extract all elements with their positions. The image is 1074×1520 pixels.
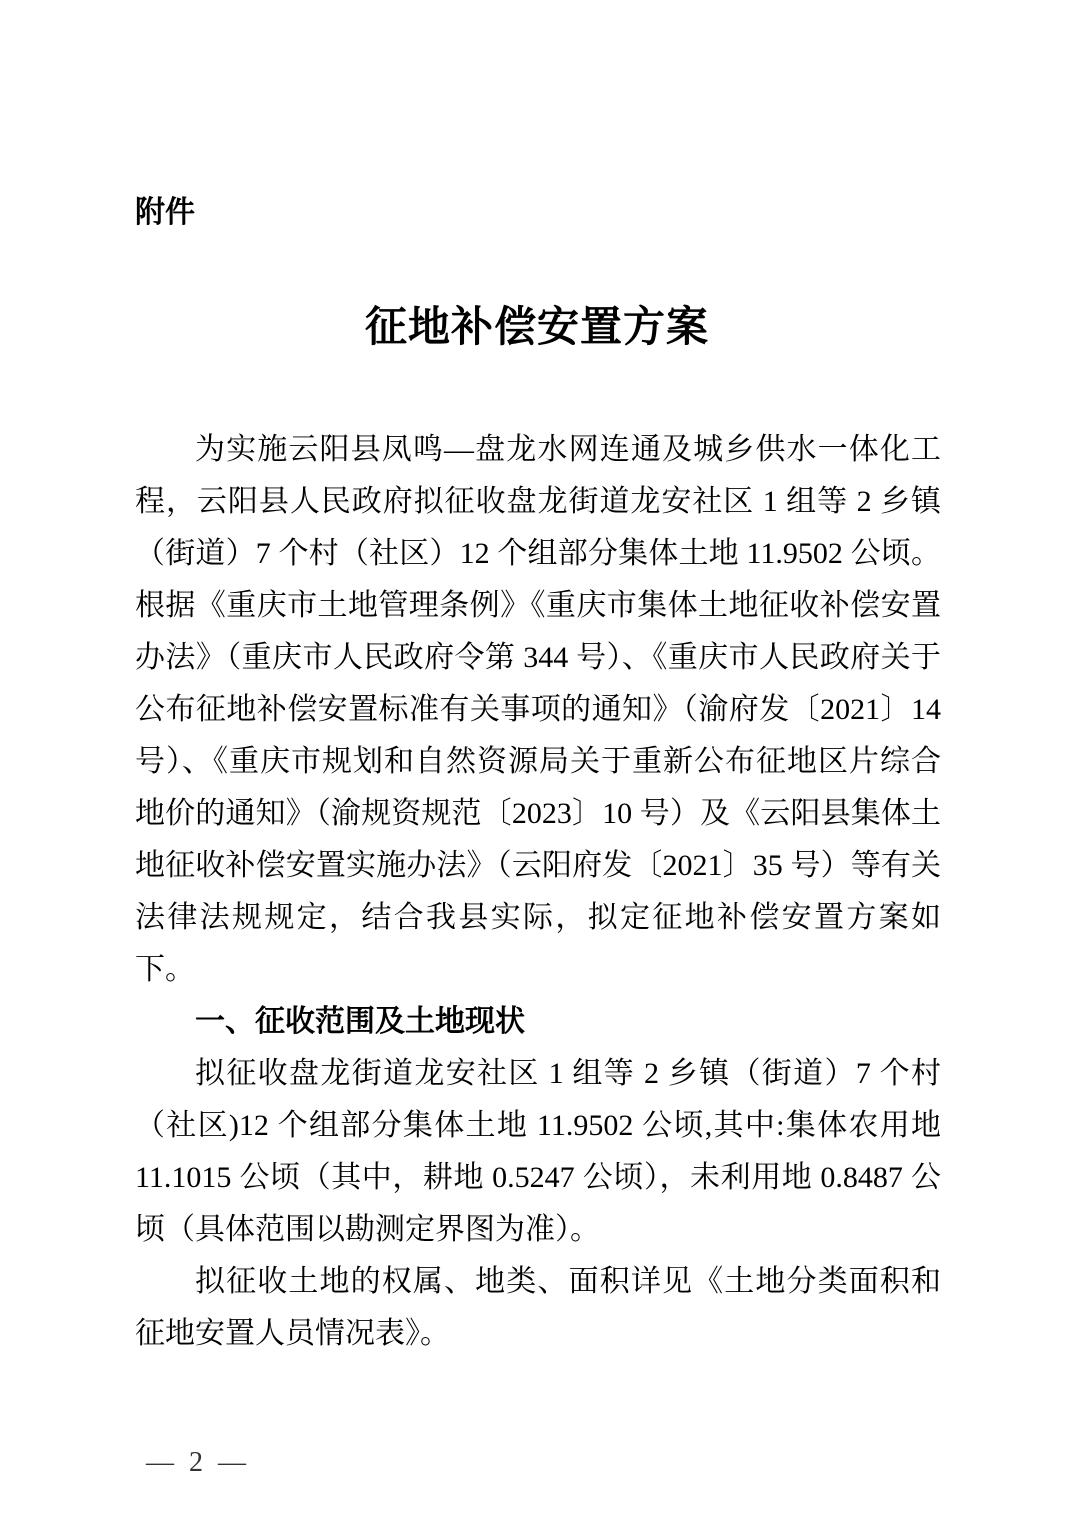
paragraph-scope: 拟征收盘龙街道龙安社区 1 组等 2 乡镇（街道）7 个村（社区)12 个组部分… [135,1048,941,1256]
document-page: 附件 征地补偿安置方案 为实施云阳县凤鸣—盘龙水网连通及城乡供水一体化工程，云阳… [0,0,1074,1520]
document-title: 征地补偿安置方案 [0,303,1074,353]
section-heading-1: 一、征收范围及土地现状 [135,996,941,1048]
page-number: — 2 — [146,1446,250,1480]
document-body: 为实施云阳县凤鸣—盘龙水网连通及城乡供水一体化工程，云阳县人民政府拟征收盘龙街道… [135,424,941,1360]
paragraph-reference-table: 拟征收土地的权属、地类、面积详见《土地分类面积和征地安置人员情况表》。 [135,1256,941,1360]
attachment-label: 附件 [135,196,195,230]
paragraph-intro: 为实施云阳县凤鸣—盘龙水网连通及城乡供水一体化工程，云阳县人民政府拟征收盘龙街道… [135,424,941,996]
